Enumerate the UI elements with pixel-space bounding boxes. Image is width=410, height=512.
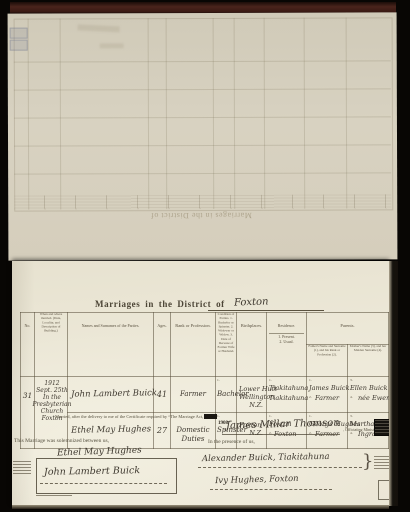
marriage-register-page: Marriages in the District of Foxton No. … [12, 261, 389, 506]
scanned-register-photo: Marriages in the District of Marriages i… [0, 0, 410, 512]
groom-signature: John Lambert Buick [44, 465, 140, 478]
col-header-when: When and where married. (Date, Locality,… [35, 313, 68, 377]
officiating-minister-label: , Officiating Minister. [343, 427, 378, 432]
witness1-signature: Alexander Buick, Tiakitahuna [202, 452, 330, 464]
margin-stamp [10, 40, 28, 51]
bride-signature: Ethel May Hughes [57, 446, 142, 459]
age-cell: 41 [154, 376, 171, 412]
condition-cell: 1.Bachelor [216, 376, 237, 412]
faint-header-band [14, 194, 391, 209]
margin-box [378, 480, 389, 500]
register-row-groom: 31 1912 Sept. 25th In the Presbyterian C… [21, 376, 389, 412]
page-edge-shadow [12, 505, 389, 509]
witness2-line [210, 488, 332, 490]
ink-smudge [100, 43, 124, 48]
col-header-residence: Residence. 1. Present. 2. Usual. [267, 313, 307, 377]
page-edge-shadow [389, 261, 398, 506]
rank-cell: Farmer [171, 376, 216, 412]
title-underline [208, 310, 324, 311]
witness2-signature: Ivy Hughes, Foxton [215, 474, 299, 486]
col-header-father: Father's Name and Surname (1), and his R… [307, 345, 348, 376]
page-title: Marriages in the District of [95, 299, 225, 309]
fine-print-block [374, 456, 389, 469]
fine-print-line [36, 495, 72, 497]
presence-label: In the presence of us, [208, 439, 255, 445]
col-header-no: No. [21, 313, 35, 377]
col-header-parents: Parents. [307, 313, 389, 345]
col-header-mother: Mother's Name (3), and her Maiden Surnam… [348, 345, 389, 376]
father-cell: 1. 2. James Buick Farmer [307, 376, 348, 412]
printed-note-block [374, 419, 389, 436]
faint-page-title: Marriages in the District of [96, 211, 306, 221]
bracket-glyph: } [362, 451, 373, 472]
col-header-ages: Ages. [154, 313, 171, 377]
signature-underline [222, 434, 340, 435]
groom-signature-line [40, 482, 167, 484]
solemnized-label: This Marriage was solemnized between us, [14, 438, 109, 444]
mother-cell: 3. 4. Ellen Buick née Ewen [348, 376, 389, 412]
col-header-rank: Rank or Profession. [171, 313, 216, 377]
name-cell: John Lambert Buick [68, 376, 154, 412]
faint-table-border [14, 17, 394, 211]
district-handwritten: Foxton [234, 296, 269, 308]
birthplace-cell: Lower Hutt Wellington N.Z. [237, 376, 267, 412]
certificate-statement: Married, after the delivery to me of the… [55, 414, 250, 419]
redaction-mark [204, 414, 217, 419]
margin-stamp [10, 28, 28, 39]
col-header-names: Names and Surnames of the Parties. [68, 313, 154, 377]
col-header-birthplaces: Birthplaces. [237, 313, 267, 377]
faint-register-page: Marriages in the District of [8, 12, 398, 260]
fine-print-block [13, 461, 31, 475]
col-header-condition: Condition of Parties. 1. Bachelor or Spi… [216, 313, 237, 377]
residence-cell: 1. 2. Tiakitahuna Tiakitahuna [267, 376, 307, 412]
witness1-line [198, 466, 362, 468]
